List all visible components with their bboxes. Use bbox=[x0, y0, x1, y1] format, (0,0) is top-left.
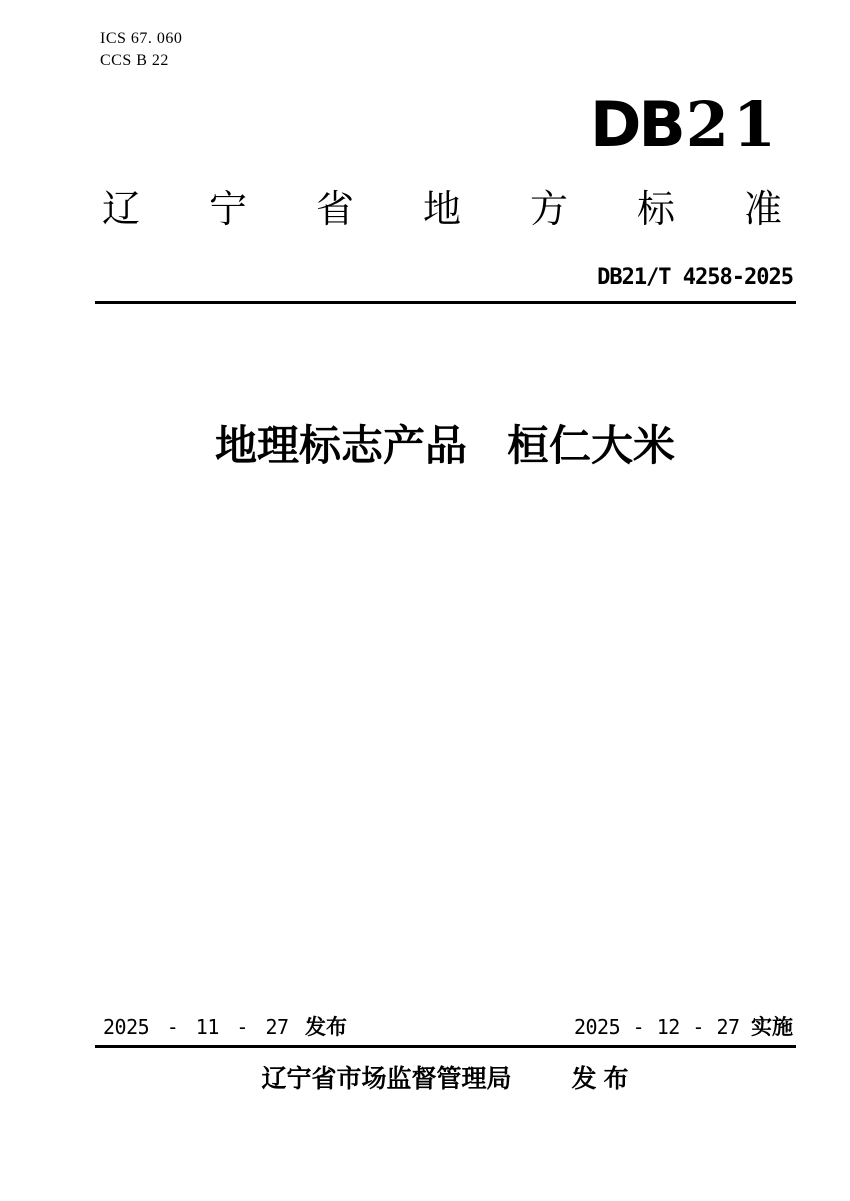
publisher-label: 发 布 bbox=[572, 1064, 629, 1094]
document-title-product: 桓仁大米 bbox=[507, 423, 675, 469]
issue-date: 2025 - 11 - 27 发布 bbox=[95, 1017, 347, 1038]
db21-logo-number: 21 bbox=[686, 94, 780, 156]
ics-code: ICS 67. 060 bbox=[100, 31, 182, 47]
implementation-date-label: 实施 bbox=[751, 1016, 793, 1039]
document-title: 地理标志产品 桓仁大米 bbox=[95, 423, 795, 469]
dates-row: 2025 - 11 - 27 发布 2025 - 12 - 27 实施 bbox=[95, 1017, 795, 1038]
header-rule bbox=[95, 301, 796, 304]
issue-date-value: 2025 - 11 - 27 bbox=[103, 1015, 289, 1039]
footer-rule bbox=[95, 1045, 796, 1048]
implementation-date: 2025 - 12 - 27 实施 bbox=[574, 1017, 795, 1038]
ccs-code: CCS B 22 bbox=[100, 53, 169, 69]
region-standard-title: 辽宁省地方标准 bbox=[102, 191, 850, 229]
standard-number: DB21/T 4258-2025 bbox=[597, 267, 793, 289]
implementation-date-value: 2025 - 12 - 27 bbox=[574, 1015, 740, 1039]
publisher-name: 辽宁省市场监督管理局 bbox=[262, 1064, 512, 1094]
db21-logo: DB 21 bbox=[590, 94, 780, 156]
document-title-category: 地理标志产品 bbox=[215, 423, 467, 469]
standard-cover-page: ICS 67. 060 CCS B 22 DB 21 辽宁省地方标准 DB21/… bbox=[0, 0, 850, 1201]
db21-logo-prefix: DB bbox=[590, 94, 683, 156]
issue-date-label: 发布 bbox=[305, 1016, 347, 1039]
publisher-row: 辽宁省市场监督管理局 发 布 bbox=[95, 1064, 795, 1094]
